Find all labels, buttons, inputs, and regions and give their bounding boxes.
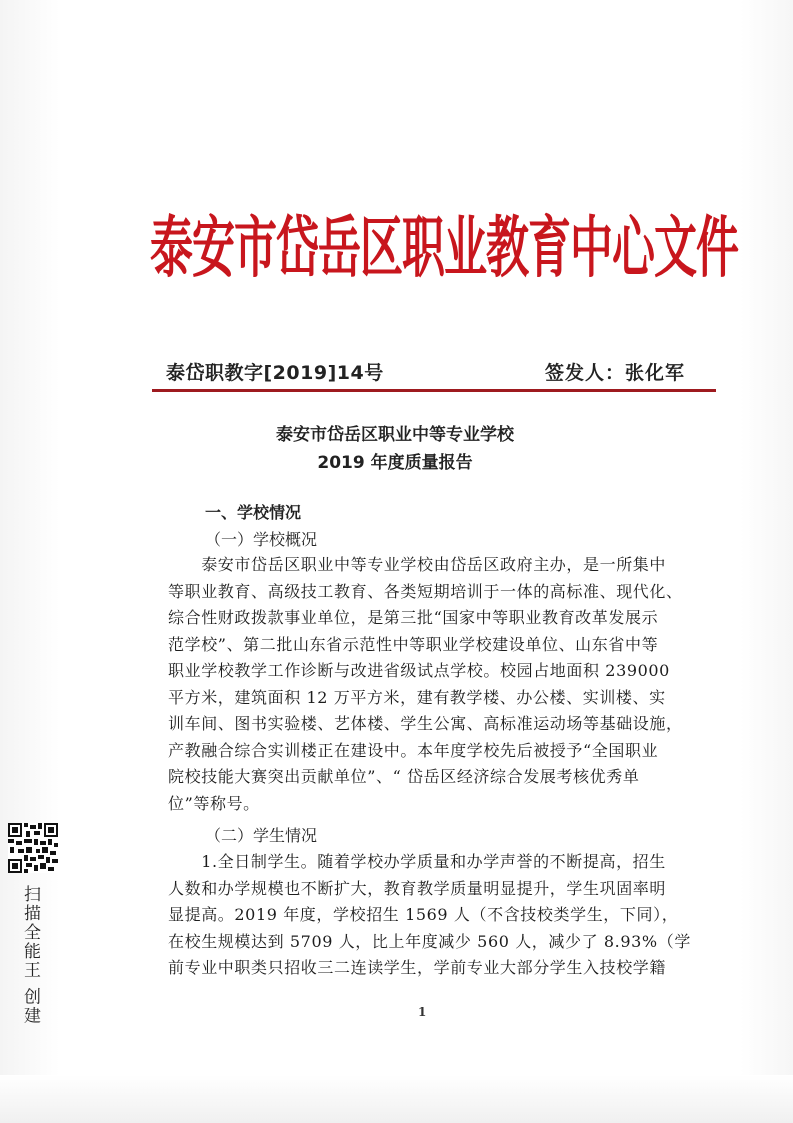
paragraph-line: 院校技能大赛突出贡献单位”、“ 岱岳区经济综合发展考核优秀单 (168, 764, 716, 791)
paragraph-line: 显提高。2019 年度，学校招生 1569 人（不含技校类学生，下同）， (168, 902, 716, 929)
students-paragraph: 1.全日制学生。随着学校办学质量和办学声誉的不断提高，招生 人数和办学规模也不断… (168, 849, 716, 982)
section-heading-school: 一、学校情况 (205, 500, 301, 523)
paragraph-line: 范学校”、第二批山东省示范性中等职业学校建设单位、山东省中等 (168, 632, 716, 659)
overview-paragraph: 泰安市岱岳区职业中等专业学校由岱岳区政府主办，是一所集中 等职业教育、高级技工教… (168, 552, 716, 817)
report-title-line2: 2019 年度质量报告 (200, 448, 590, 473)
paragraph-line: 等职业教育、高级技工教育、各类短期培训于一体的高标准、现代化、 (168, 579, 716, 606)
paragraph-line: 职业学校教学工作诊断与改进省级试点学校。校园占地面积 239000 (168, 658, 716, 685)
paragraph-line: 位”等称号。 (168, 791, 716, 818)
paragraph-line: 平方米，建筑面积 12 万平方米，建有教学楼、办公楼、实训楼、实 (168, 685, 716, 712)
page-number: 1 (418, 1005, 426, 1019)
qr-code-icon (8, 823, 58, 873)
masthead-title: 泰安市岱岳区职业教育中心文件 (150, 196, 700, 291)
signer: 签发人：张化军 (545, 358, 685, 385)
scanner-watermark: 扫描全能王 创建 (18, 885, 43, 1025)
report-title-line1: 泰安市岱岳区职业中等专业学校 (200, 420, 590, 445)
subsection-heading-overview: （一）学校概况 (205, 527, 317, 550)
paragraph-line: 在校生规模达到 5709 人，比上年度减少 560 人，减少了 8.93%（学 (168, 929, 716, 956)
header-divider (152, 389, 716, 392)
paragraph-line: 人数和办学规模也不断扩大，教育教学质量明显提升，学生巩固率明 (168, 876, 716, 903)
paragraph-line: 1.全日制学生。随着学校办学质量和办学声誉的不断提高，招生 (168, 849, 716, 876)
subsection-heading-students: （二）学生情况 (205, 823, 317, 846)
paragraph-line: 训车间、图书实验楼、艺体楼、学生公寓、高标准运动场等基础设施， (168, 711, 716, 738)
paragraph-line: 前专业中职类只招收三二连读学生，学前专业大部分学生入技校学籍 (168, 955, 716, 982)
document-number: 泰岱职教字[2019]14号 (166, 358, 384, 385)
paragraph-line: 泰安市岱岳区职业中等专业学校由岱岳区政府主办，是一所集中 (168, 552, 716, 579)
page-bottom-edge (0, 1075, 793, 1123)
paragraph-line: 产教融合综合实训楼正在建设中。本年度学校先后被授予“全国职业 (168, 738, 716, 765)
paragraph-line: 综合性财政拨款事业单位，是第三批“国家中等职业教育改革发展示 (168, 605, 716, 632)
